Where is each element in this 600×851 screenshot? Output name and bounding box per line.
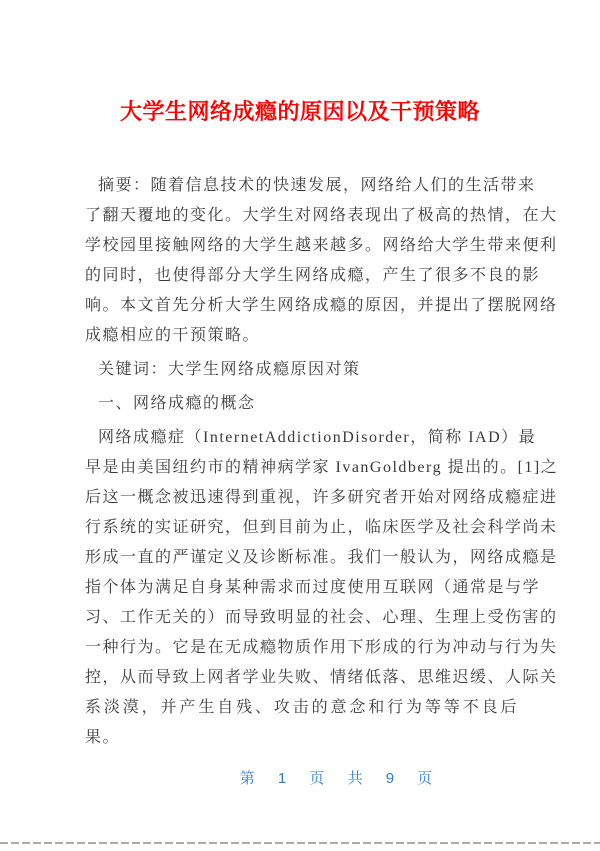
document-title: 大学生网络成瘾的原因以及干预策略 [60, 96, 540, 128]
text-line: 形成一直的严谨定义及诊断标准。我们一般认为，网络成瘾是 [85, 543, 518, 573]
text-line: 成瘾相应的干预策略。 [85, 321, 518, 351]
text-line: 响。本文首先分析大学生网络成瘾的原因，并提出了摆脱网络 [85, 291, 518, 321]
text-line: 系淡漠，并产生自残、攻击的意念和行为等等不良后果。 [85, 693, 518, 753]
text-line: 指个体为满足自身某种需求而过度使用互联网（通常是与学 [85, 573, 518, 603]
document-page: 大学生网络成瘾的原因以及干预策略 摘要：随着信息技术的快速发展，网络给人们的生活… [0, 0, 600, 851]
abstract-paragraph: 摘要：随着信息技术的快速发展，网络给人们的生活带来了翻天覆地的变化。大学生对网络… [85, 171, 518, 351]
text-line: 摘要：随着信息技术的快速发展，网络给人们的生活带来 [85, 171, 518, 201]
text-line: 早是由美国纽约市的精神病学家 IvanGoldberg 提出的。[1]之 [85, 453, 518, 483]
text-line: 网络成瘾症（InternetAddictionDisorder，简称 IAD）最 [85, 423, 518, 453]
text-line: 一、网络成瘾的概念 [85, 389, 518, 419]
text-line: 行系统的实证研究，但到目前为止，临床医学及社会科学尚未 [85, 513, 518, 543]
document-body: 摘要：随着信息技术的快速发展，网络给人们的生活带来了翻天覆地的变化。大学生对网络… [85, 171, 518, 753]
text-line: 关键词：大学生网络成瘾原因对策 [85, 355, 518, 385]
text-line: 了翻天覆地的变化。大学生对网络表现出了极高的热情，在大 [85, 201, 518, 231]
text-line: 控，从而导致上网者学业失败、情绪低落、思维迟缓、人际关 [85, 663, 518, 693]
page-break-divider [0, 842, 600, 844]
keywords-line: 关键词：大学生网络成瘾原因对策 [85, 355, 518, 385]
text-line: 学校园里接触网络的大学生越来越多。网络给大学生带来便利 [85, 231, 518, 261]
section-heading: 一、网络成瘾的概念 [85, 389, 518, 419]
text-line: 后这一概念被迅速得到重视，许多研究者开始对网络成瘾症进 [85, 483, 518, 513]
concept-paragraph: 网络成瘾症（InternetAddictionDisorder，简称 IAD）最… [85, 423, 518, 753]
page-number-footer: 第 1 页 共 9 页 [0, 768, 600, 790]
text-line: 的同时，也使得部分大学生网络成瘾，产生了很多不良的影 [85, 261, 518, 291]
text-line: 一种行为。它是在无成瘾物质作用下形成的行为冲动与行为失 [85, 633, 518, 663]
text-line: 习、工作无关的）而导致明显的社会、心理、生理上受伤害的 [85, 603, 518, 633]
